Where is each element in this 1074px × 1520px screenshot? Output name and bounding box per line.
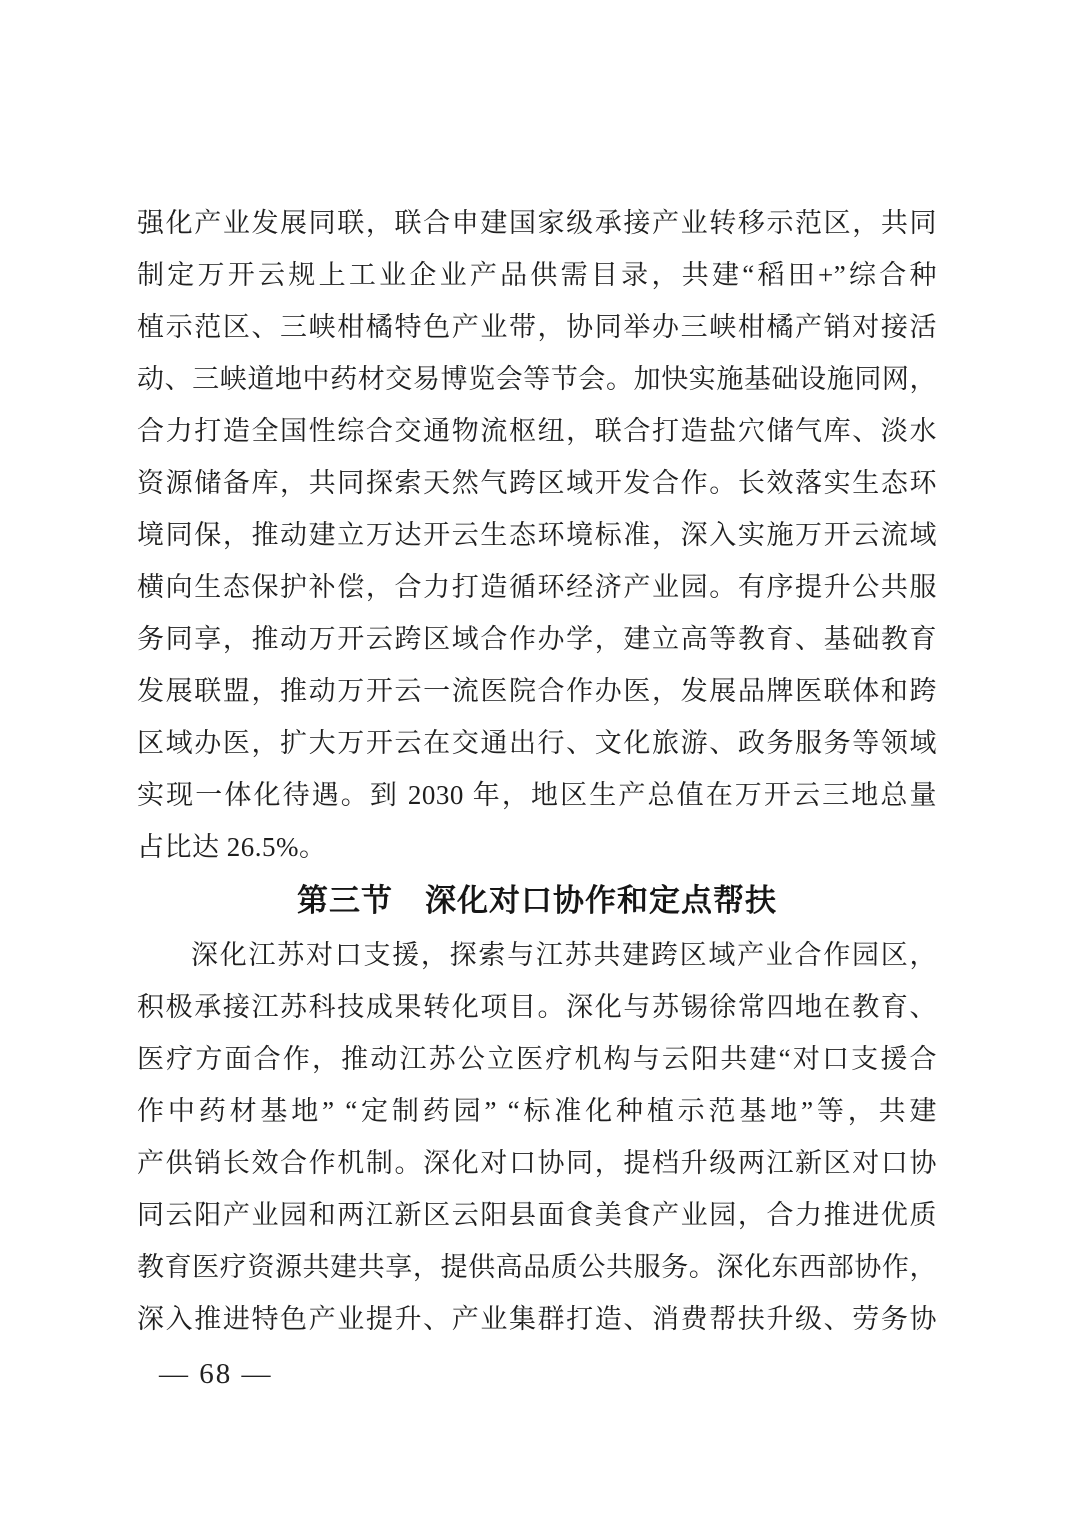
page-number: — 68 — xyxy=(159,1356,273,1392)
paragraph-counterpart-assistance: 深化江苏对口支援，探索与江苏共建跨区域产业合作园区，积极承接江苏科技成果转化项目… xyxy=(137,929,937,1345)
section-heading: 第三节 深化对口协作和定点帮扶 xyxy=(137,873,937,929)
text-line: 动、三峡道地中药材交易博览会等节会。加快实施基础设施同网， xyxy=(137,353,937,405)
text-line: 强化产业发展同联，联合申建国家级承接产业转移示范区，共同 xyxy=(137,197,937,249)
text-line: 区域办医，扩大万开云在交通出行、文化旅游、政务服务等领域 xyxy=(137,717,937,769)
text-line: 实现一体化待遇。到 2030 年，地区生产总值在万开云三地总量 xyxy=(137,769,937,821)
page-content: 强化产业发展同联，联合申建国家级承接产业转移示范区，共同制定万开云规上工业企业产… xyxy=(137,197,937,1345)
text-line: 占比达 26.5%。 xyxy=(137,821,937,873)
text-line: 务同享，推动万开云跨区域合作办学，建立高等教育、基础教育 xyxy=(137,613,937,665)
text-line: 积极承接江苏科技成果转化项目。深化与苏锡徐常四地在教育、 xyxy=(137,981,937,1033)
text-line: 产供销长效合作机制。深化对口协同，提档升级两江新区对口协 xyxy=(137,1137,937,1189)
text-line: 深化江苏对口支援，探索与江苏共建跨区域产业合作园区， xyxy=(137,929,937,981)
text-line: 资源储备库，共同探索天然气跨区域开发合作。长效落实生态环 xyxy=(137,457,937,509)
text-line: 医疗方面合作，推动江苏公立医疗机构与云阳共建“对口支援合 xyxy=(137,1033,937,1085)
paragraph-regional-coordination: 强化产业发展同联，联合申建国家级承接产业转移示范区，共同制定万开云规上工业企业产… xyxy=(137,197,937,873)
text-line: 合力打造全国性综合交通物流枢纽，联合打造盐穴储气库、淡水 xyxy=(137,405,937,457)
text-line: 教育医疗资源共建共享，提供高品质公共服务。深化东西部协作， xyxy=(137,1241,937,1293)
text-line: 植示范区、三峡柑橘特色产业带，协同举办三峡柑橘产销对接活 xyxy=(137,301,937,353)
text-line: 发展联盟，推动万开云一流医院合作办医，发展品牌医联体和跨 xyxy=(137,665,937,717)
text-line: 境同保，推动建立万达开云生态环境标准，深入实施万开云流域 xyxy=(137,509,937,561)
text-line: 横向生态保护补偿，合力打造循环经济产业园。有序提升公共服 xyxy=(137,561,937,613)
text-line: 深入推进特色产业提升、产业集群打造、消费帮扶升级、劳务协 xyxy=(137,1293,937,1345)
text-line: 制定万开云规上工业企业产品供需目录，共建“稻田+”综合种 xyxy=(137,249,937,301)
text-line: 同云阳产业园和两江新区云阳县面食美食产业园，合力推进优质 xyxy=(137,1189,937,1241)
document-page: 强化产业发展同联，联合申建国家级承接产业转移示范区，共同制定万开云规上工业企业产… xyxy=(0,0,1074,1520)
text-line: 作中药材基地” “定制药园” “标准化种植示范基地”等，共建 xyxy=(137,1085,937,1137)
